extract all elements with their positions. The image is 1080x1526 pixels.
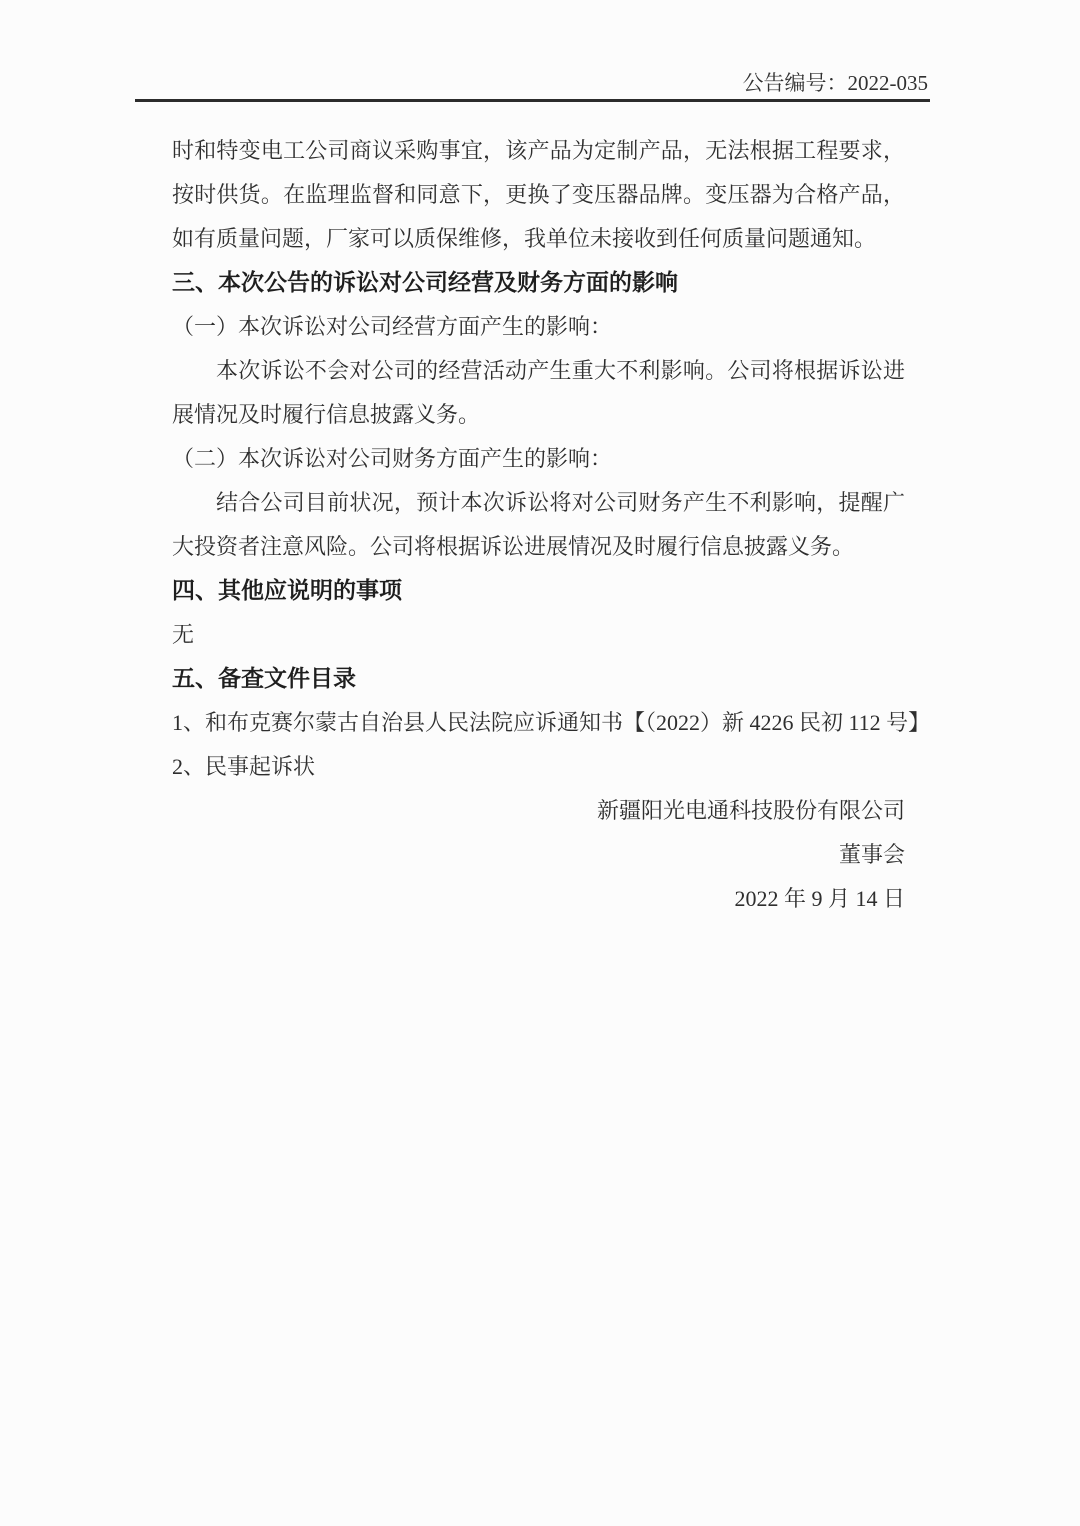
section-3-sub-1-paragraph: 本次诉讼不会对公司的经营活动产生重大不利影响。公司将根据诉讼进展情况及时履行信息…: [172, 349, 905, 437]
announcement-number: 公告编号：2022-035: [743, 70, 929, 96]
document-body: 时和特变电工公司商议采购事宜，该产品为定制产品，无法根据工程要求，按时供货。在监…: [172, 129, 905, 921]
section-4-heading: 四、其他应说明的事项: [172, 569, 905, 613]
reference-document-item-1: 1、和布克赛尔蒙古自治县人民法院应诉通知书【（2022）新 4226 民初 11…: [172, 701, 905, 745]
reference-document-item-2: 2、民事起诉状: [172, 745, 905, 789]
signature-block: 新疆阳光电通科技股份有限公司 董事会 2022 年 9 月 14 日: [172, 789, 905, 921]
announcement-document-page: 公告编号：2022-035 时和特变电工公司商议采购事宜，该产品为定制产品，无法…: [0, 0, 1080, 1526]
signature-board: 董事会: [172, 833, 905, 877]
signature-date: 2022 年 9 月 14 日: [172, 877, 905, 921]
continuation-paragraph: 时和特变电工公司商议采购事宜，该产品为定制产品，无法根据工程要求，按时供货。在监…: [172, 129, 905, 261]
header-divider: [135, 99, 930, 102]
section-3-heading: 三、本次公告的诉讼对公司经营及财务方面的影响: [172, 261, 905, 305]
section-4-body: 无: [172, 613, 905, 657]
section-3-sub-2-heading: （二）本次诉讼对公司财务方面产生的影响：: [172, 437, 905, 481]
section-5-heading: 五、备查文件目录: [172, 657, 905, 701]
signature-company: 新疆阳光电通科技股份有限公司: [172, 789, 905, 833]
section-3-sub-2-paragraph: 结合公司目前状况，预计本次诉讼将对公司财务产生不利影响，提醒广大投资者注意风险。…: [172, 481, 905, 569]
section-3-sub-1-heading: （一）本次诉讼对公司经营方面产生的影响：: [172, 305, 905, 349]
